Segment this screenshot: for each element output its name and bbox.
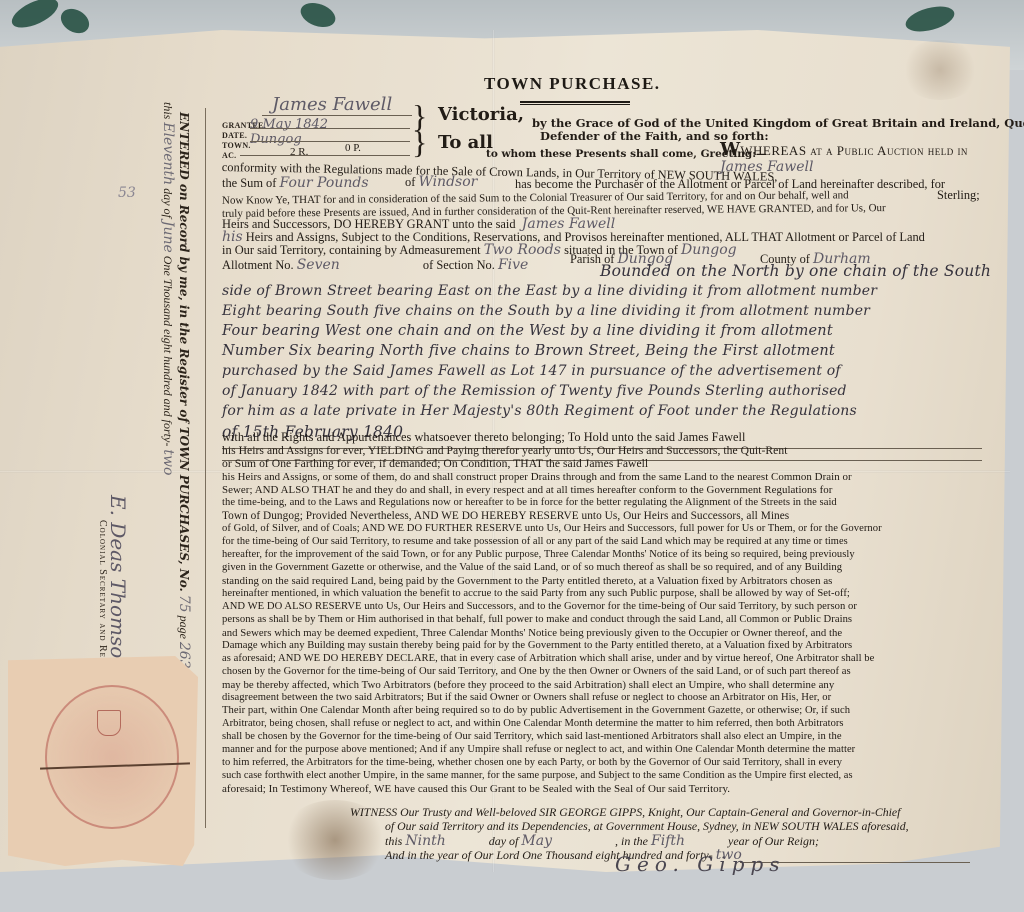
body-line: hereinafter mentioned, in which valuatio… bbox=[222, 588, 850, 599]
heirs-line: Heirs and Successors, DO HEREBY GRANT un… bbox=[222, 217, 615, 231]
description-line: Number Six bearing North five chains to … bbox=[222, 343, 835, 359]
perches-value: 0 P. bbox=[345, 141, 361, 155]
description-line: Bounded on the North by one chain of the… bbox=[600, 262, 991, 280]
roods-value: 2 R. bbox=[290, 145, 308, 159]
body-line: the time-being, and to the Laws and Regu… bbox=[222, 497, 837, 508]
body-line: Arbitrator, being chosen, shall refuse o… bbox=[222, 718, 844, 729]
body-line: standing on the said required Land, bein… bbox=[222, 575, 832, 587]
date-value: 9 May 1842 bbox=[250, 118, 328, 132]
colonial-seal-icon bbox=[45, 685, 179, 829]
body-line: Sewer; AND ALSO THAT he and they do and … bbox=[222, 484, 832, 496]
description-line: purchased by the Said James Fawell as Lo… bbox=[222, 363, 841, 379]
body-line: may be thereby affected, which Two Arbit… bbox=[222, 679, 834, 691]
description-line: Eight bearing South five chains on the S… bbox=[222, 303, 870, 319]
title-rule bbox=[520, 104, 630, 105]
governor-signature: Geo. Gipps bbox=[615, 852, 785, 876]
body-line: chosen by the Governor for the time-bein… bbox=[222, 666, 851, 677]
sum-line: the Sum of Four Pounds bbox=[222, 176, 369, 190]
grantee-rule bbox=[262, 115, 412, 116]
sterling-label: Sterling; bbox=[937, 188, 980, 202]
witness-line-2: of Our said Territory and its Dependenci… bbox=[385, 819, 909, 834]
acres-label: AC. bbox=[222, 151, 236, 160]
title-rule bbox=[520, 101, 630, 103]
witness-line-1: WITNESS Our Trusty and Well-beloved SIR … bbox=[350, 805, 900, 820]
body-line: disagreement between the two said Arbitr… bbox=[222, 692, 831, 703]
body-line: Town of Dungog; Provided Nevertheless, A… bbox=[222, 510, 789, 522]
body-line: manner and for the purpose above mention… bbox=[222, 744, 855, 755]
town-rule bbox=[250, 141, 410, 142]
water-stain bbox=[900, 40, 980, 100]
victoria-heading: Victoria, bbox=[438, 108, 524, 122]
body-line: for the time-being of Our said Territory… bbox=[222, 536, 848, 547]
body-line: as aforesaid; AND WE DO HEREBY DECLARE, … bbox=[222, 653, 874, 664]
body-line: hereafter, for the improvement of the sa… bbox=[222, 549, 855, 560]
registrar-signature: E. Deas Thomson bbox=[106, 495, 130, 671]
registry-line-2: this Eleventh day of June One Thousand e… bbox=[160, 102, 176, 632]
seal-shield-icon bbox=[97, 710, 121, 736]
allotment-line: Allotment No. Seven of Section No. Five bbox=[222, 258, 528, 272]
to-all-heading: To all bbox=[438, 136, 493, 150]
body-line: Damage which any Building may sustain th… bbox=[222, 640, 852, 651]
description-line: side of Brown Street bearing East on the… bbox=[222, 283, 877, 299]
body-line: his Heirs and Assigns, or some of them, … bbox=[222, 471, 852, 483]
body-line: of Gold, of Silver, and of Coals; AND WE… bbox=[222, 523, 882, 534]
document-title: TOWN PURCHASE. bbox=[484, 74, 661, 94]
body-line: Their part, within One Calendar Month af… bbox=[222, 705, 850, 716]
body-line: or Sum of One Farthing for ever, if dema… bbox=[222, 457, 648, 470]
description-line: of January 1842 with part of the Remissi… bbox=[222, 383, 847, 399]
brace: } bbox=[412, 126, 427, 158]
body-line: persons as shall be by Them or Him autho… bbox=[222, 614, 852, 625]
grace-line: by the Grace of God of the United Kingdo… bbox=[532, 116, 1024, 130]
date-label: DATE. bbox=[222, 131, 247, 140]
body-line: such case forthwith elect another Umpire… bbox=[222, 770, 853, 781]
whereas-line: WWHEREAS at a Public Auction held in bbox=[720, 143, 968, 158]
body-line: to him referred, the Arbitrators for the… bbox=[222, 757, 842, 768]
assigns-line: his Heirs and Assigns, Subject to the Co… bbox=[222, 230, 925, 244]
body-line: with all the Rights and Appurtenances wh… bbox=[222, 430, 745, 445]
grantee-value: James Fawell bbox=[272, 98, 392, 112]
body-line: his Heirs and Assigns for ever, YIELDING… bbox=[222, 444, 787, 457]
date-rule bbox=[250, 128, 410, 129]
pencil-note: 53 bbox=[118, 185, 136, 201]
description-line: Four bearing West one chain and on the W… bbox=[222, 323, 833, 339]
acres-rule bbox=[240, 155, 410, 156]
purchaser-name: James Fawell bbox=[720, 160, 814, 174]
body-line: aforesaid; In Testimony Whereof, WE have… bbox=[222, 783, 730, 795]
auction-place: of Windsor bbox=[405, 175, 477, 189]
registry-line-1: ENTERED on Record by me, in the Register… bbox=[176, 112, 192, 632]
body-line: and Sewers which may be deemed expedient… bbox=[222, 627, 842, 639]
margin-rule bbox=[205, 108, 206, 828]
body-line: shall be chosen by the Governor for the … bbox=[222, 731, 842, 742]
body-line: given in the Government Gazette or other… bbox=[222, 562, 842, 573]
description-line: for him as a late private in Her Majesty… bbox=[222, 403, 857, 419]
body-line: AND WE DO ALSO RESERVE unto Us, Our Heir… bbox=[222, 601, 857, 612]
town-label: TOWN. bbox=[222, 141, 251, 150]
registry-entry: ENTERED on Record by me, in the Register… bbox=[160, 112, 192, 632]
